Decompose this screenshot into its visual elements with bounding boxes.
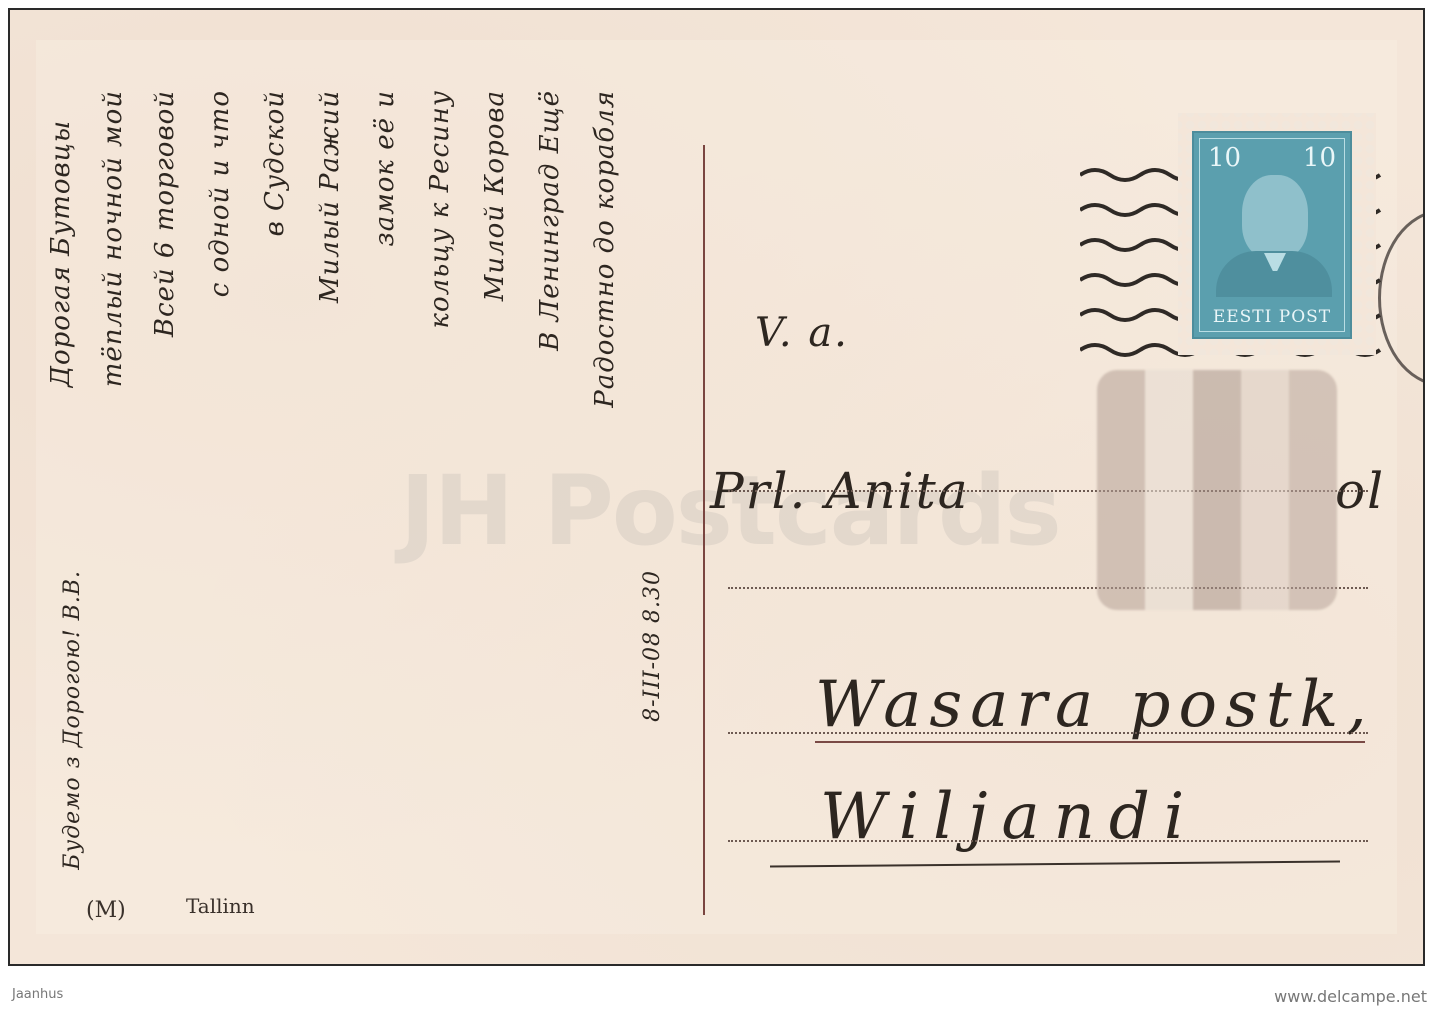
address-line-4: Wiljandi	[820, 780, 1198, 854]
center-divider	[703, 145, 705, 915]
address-dotted-line	[728, 732, 1368, 734]
stamp-value-left: 10	[1208, 143, 1241, 173]
stamp-value-right: 10	[1303, 143, 1336, 173]
underline-rule	[770, 861, 1340, 868]
message-line: замок её и	[370, 90, 400, 246]
signature: Будемо з Дорогою! В.В.	[60, 570, 85, 870]
message-line: В Ленинград Ещё	[535, 90, 565, 351]
publisher-logo: (M)	[86, 898, 126, 923]
postage-stamp: 10 10 EESTI POST	[1178, 113, 1376, 355]
message-line: кольцу к Ресину	[425, 90, 455, 329]
credit-right: www.delcampe.net	[1274, 987, 1427, 1006]
address-dotted-line	[728, 840, 1368, 842]
portrait-icon	[1242, 175, 1308, 259]
message-line: Милый Ражий	[315, 90, 345, 303]
stamp-face: 10 10 EESTI POST	[1192, 131, 1352, 339]
postcard-back: JH Postcards Радостно до корабля В Ленин…	[8, 8, 1425, 966]
message-line: Всей 6 торговой	[150, 90, 180, 337]
message-line: Милой Корова	[480, 90, 510, 301]
message-line: Дорогая Бутовцы	[46, 120, 76, 387]
message-line: Радостно до корабля	[590, 90, 620, 408]
address-line-1: V. a.	[755, 310, 849, 356]
message-line: с одной и что	[205, 90, 235, 297]
underline-rule	[815, 741, 1365, 743]
redacted-surname	[1097, 370, 1337, 610]
address-line-3: Wasara postk,	[815, 668, 1375, 742]
message-line: тёплый ночной мой	[98, 90, 128, 387]
publisher-city: Tallinn	[186, 894, 255, 918]
date-note: 8-III-08 8.30	[640, 570, 665, 722]
credit-left: Jaanhus	[12, 987, 63, 1002]
stamp-inscription: EESTI POST	[1194, 307, 1350, 327]
message-line: в Судской	[260, 90, 290, 236]
